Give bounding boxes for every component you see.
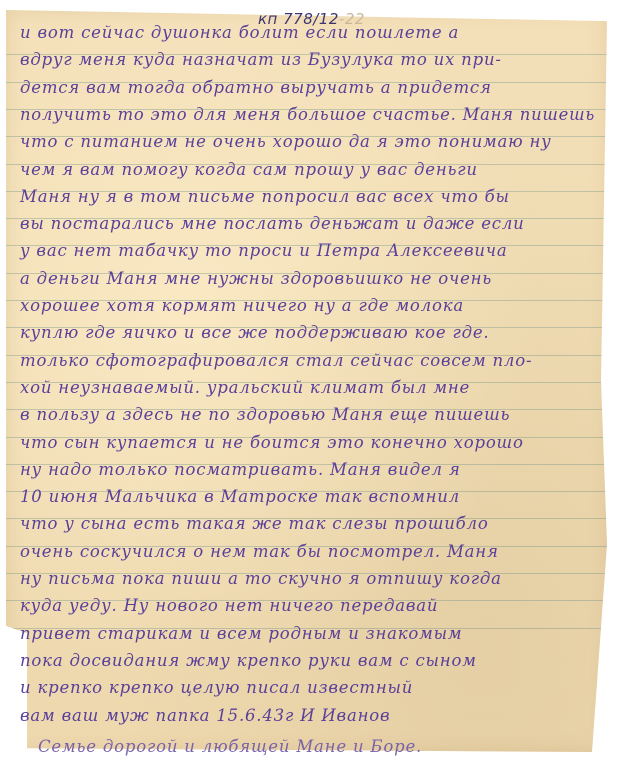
letter-line: и вот сейчас душонка болит если пошлете … bbox=[20, 23, 459, 42]
letter-line: у вас нет табачку то проси и Петра Алекс… bbox=[20, 241, 508, 260]
letter-line: что с питанием не очень хорошо да я это … bbox=[20, 132, 552, 151]
letter-line: куплю где яичко и все же поддерживаю кое… bbox=[20, 323, 489, 342]
letter-line: дется вам тогда обратно выручать а приде… bbox=[20, 78, 492, 97]
letter-closing-line: Семье дорогой и любящей Мане и Боре. bbox=[38, 737, 422, 756]
letter-line: получить то это для меня большое счастье… bbox=[20, 105, 595, 124]
letter-line: чем я вам помогу когда сам прошу у вас д… bbox=[20, 160, 478, 179]
letter-line: в пользу а здесь не по здоровью Маня еще… bbox=[20, 405, 510, 424]
letter-line: и крепко крепко целую писал известный bbox=[20, 678, 413, 697]
letter-line: что у сына есть такая же так слезы проши… bbox=[20, 514, 489, 533]
letter-line: что сын купается и не боится это конечно… bbox=[20, 433, 524, 452]
letter-line: ну письма пока пиши а то скучно я отпишу… bbox=[20, 569, 502, 588]
letter-line: 10 июня Мальчика в Матроске так вспомнил bbox=[20, 487, 460, 506]
letter-line: хой неузнаваемый. уральский климат был м… bbox=[20, 378, 470, 397]
letter-line: хорошее хотя кормят ничего ну а где моло… bbox=[20, 296, 464, 315]
letter-line: вам ваш муж папка 15.6.43г И Иванов bbox=[20, 706, 390, 725]
letter-line: а деньги Маня мне нужны здоровьишко не о… bbox=[20, 269, 492, 288]
letter-line: Маня ну я в том письме попросил вас всех… bbox=[20, 187, 510, 206]
letter-line: вдруг меня куда назначат из Бузулука то … bbox=[20, 50, 502, 69]
letter-line: только сфотографировался стал сейчас сов… bbox=[20, 351, 532, 370]
letter-line: ну надо только посматривать. Маня видел … bbox=[20, 460, 461, 479]
letter-line: пока досвидания жму крепко руки вам с сы… bbox=[20, 651, 477, 670]
letter-line: очень соскучился о нем так бы посмотрел.… bbox=[20, 542, 499, 561]
letter-line: привет старикам и всем родным и знакомым bbox=[20, 624, 462, 643]
letter-line: куда уеду. Ну нового нет ничего передава… bbox=[20, 596, 438, 615]
letter-line: вы постарались мне послать деньжат и даж… bbox=[20, 214, 525, 233]
